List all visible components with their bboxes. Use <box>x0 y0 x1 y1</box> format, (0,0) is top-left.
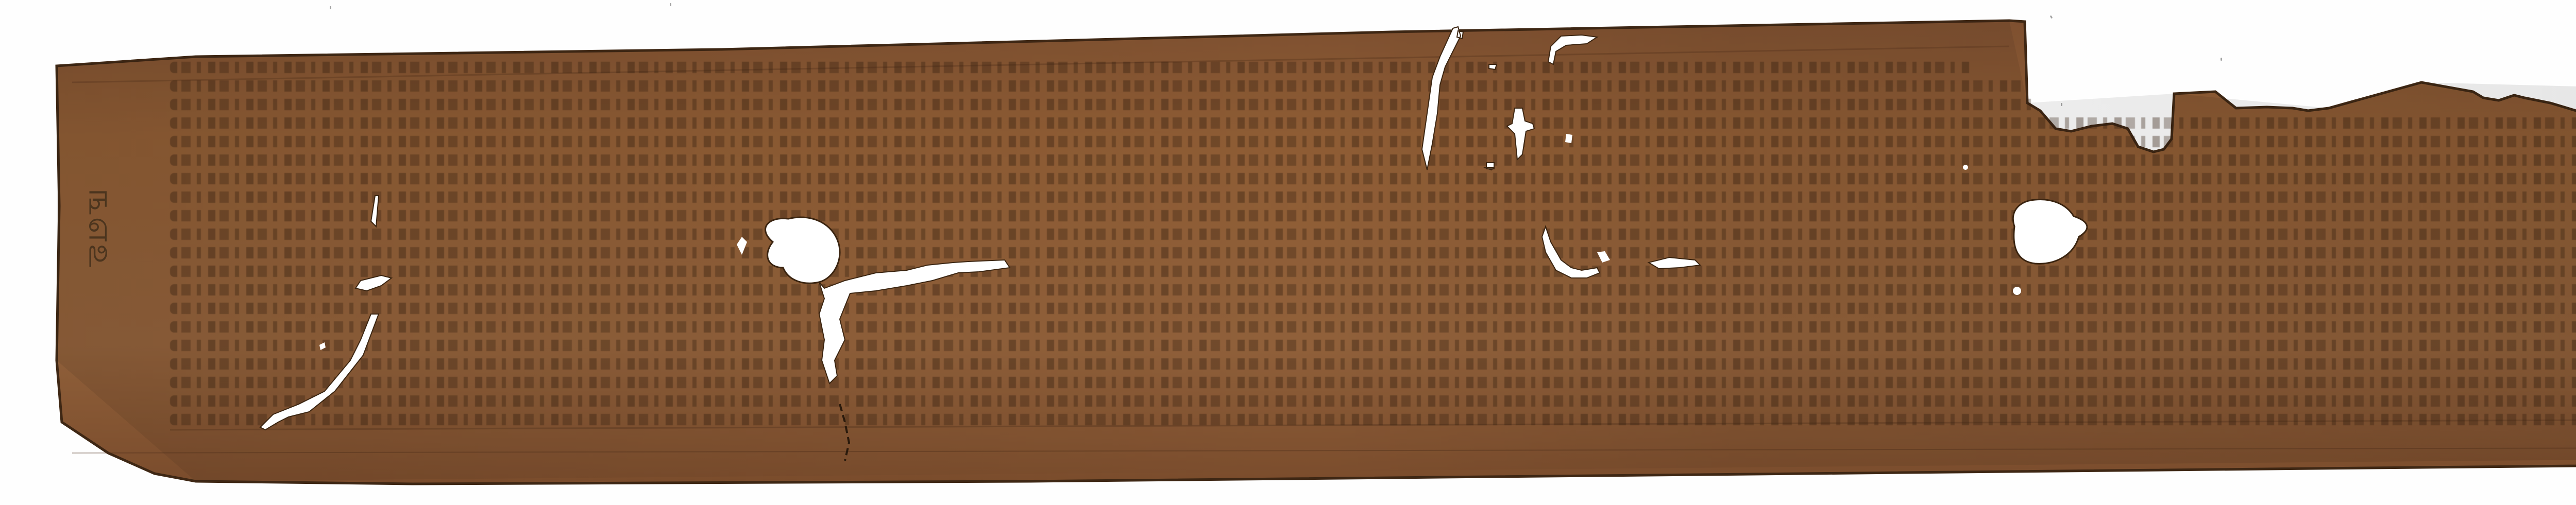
string-hole-left <box>766 217 840 283</box>
crack-left <box>260 196 392 430</box>
small-hole <box>1963 165 1968 170</box>
string-hole-right <box>2013 199 2087 264</box>
crack-bottom <box>840 404 849 461</box>
worm-damage-center-top <box>1422 27 1597 170</box>
crack-from-left-hole <box>819 260 1010 384</box>
scan-background: ௩௭௨ ௩௭ 372 <box>0 0 2576 505</box>
palm-leaf: ௩௭௨ ௩௭ <box>0 0 2576 505</box>
leaf-damage <box>0 0 2576 505</box>
small-hole <box>2013 287 2021 295</box>
